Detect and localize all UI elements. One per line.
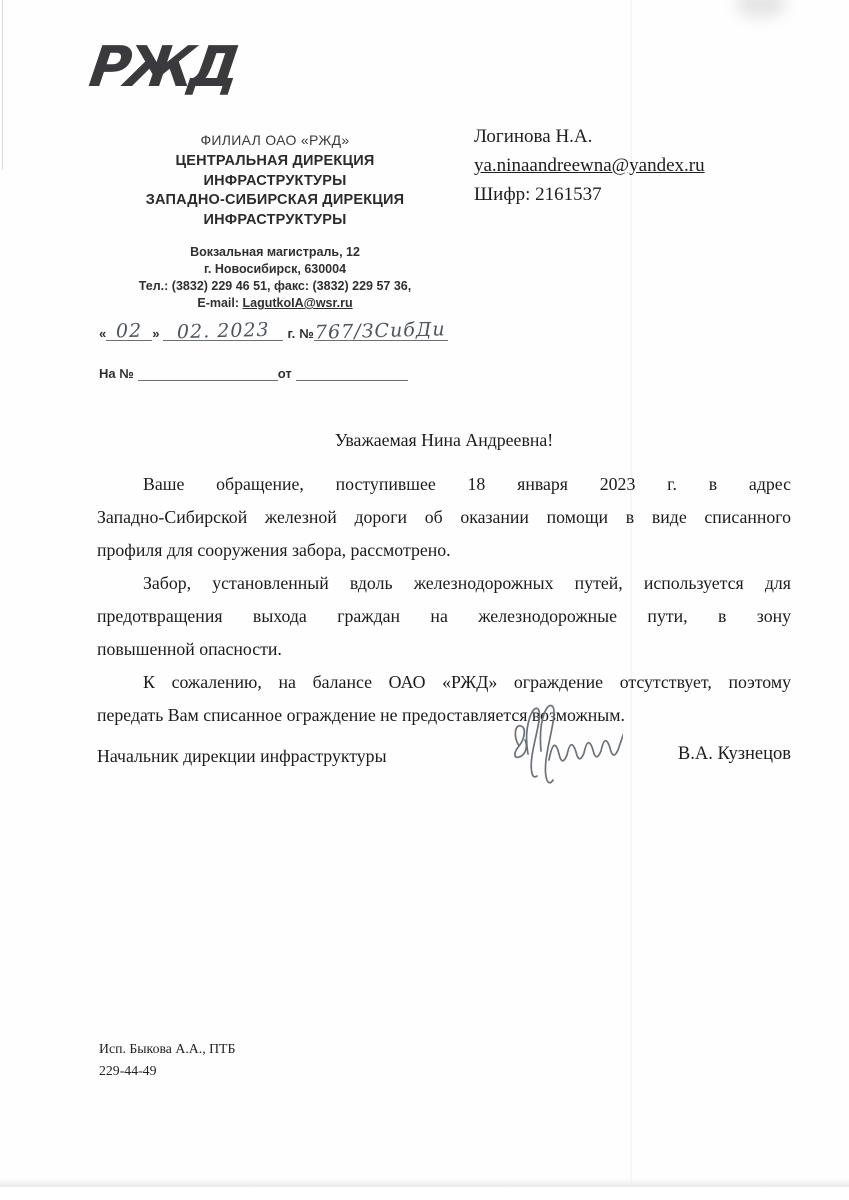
body-line: Западно-Сибирской железной дороги об ока… — [97, 501, 791, 534]
recipient-email: ya.ninaandreewna@yandex.ru — [474, 151, 705, 180]
paragraph: Ваше обращение, поступившее 18 января 20… — [97, 468, 791, 567]
letterhead-line: ИНФРАСТРУКТУРЫ — [95, 172, 455, 192]
executor-block: Исп. Быкова А.А., ПТБ 229-44-49 — [99, 1038, 235, 1081]
salutation: Уважаемая Нина Андреевна! — [97, 424, 791, 457]
paragraph: Забор, установленный вдоль железнодорожн… — [97, 567, 791, 666]
body-line: повышенной опасности. — [97, 633, 791, 666]
reference-line: На №от — [99, 362, 408, 381]
email-label: E-mail: — [197, 296, 242, 310]
scan-smudge — [735, 0, 787, 18]
date-month-blank: 02. 2023 — [163, 322, 283, 341]
body-line: Ваше обращение, поступившее 18 января 20… — [97, 468, 791, 501]
body-line: передать Вам списанное ограждение не пре… — [97, 699, 791, 732]
sender-address-block: Вокзальная магистраль, 12 г. Новосибирск… — [95, 244, 455, 312]
sender-email: LagutkoIA@wsr.ru — [243, 296, 353, 310]
executor-name: Исп. Быкова А.А., ПТБ — [99, 1038, 235, 1060]
paragraph: К сожалению, на балансе ОАО «РЖД» огражд… — [97, 666, 791, 732]
handwritten-month-year: 02. 2023 — [177, 319, 270, 343]
signer-position: Начальник дирекции инфраструктуры — [97, 746, 387, 767]
address-email-line: E-mail: LagutkoIA@wsr.ru — [95, 295, 455, 312]
body-line: профиля для сооружения забора, рассмотре… — [97, 534, 791, 567]
handwritten-day: 02 — [116, 320, 143, 343]
registration-line: «02»02. 2023г.№767/ЗСибДи — [99, 322, 448, 341]
ref-date-blank — [296, 362, 408, 381]
scan-bottom-edge — [0, 1178, 849, 1187]
address-city: г. Новосибирск, 630004 — [95, 261, 455, 278]
letterhead-line: ИНФРАСТРУКТУРЫ — [95, 211, 455, 231]
date-day-blank: 02 — [106, 322, 152, 341]
ref-number-blank — [138, 362, 278, 381]
executor-phone: 229-44-49 — [99, 1060, 235, 1082]
letter-body: Уважаемая Нина Андреевна! Ваше обращение… — [97, 424, 791, 732]
year-label: г. — [287, 326, 295, 341]
signer-name: В.А. Кузнецов — [600, 744, 791, 765]
letter-page: РЖД ФИЛИАЛ ОАО «РЖД» ЦЕНТРАЛЬНАЯ ДИРЕКЦИ… — [0, 0, 849, 1200]
body-line: Забор, установленный вдоль железнодорожн… — [97, 567, 791, 600]
address-phone-fax: Тел.: (3832) 229 46 51, факс: (3832) 229… — [95, 278, 455, 295]
ref-from-label: от — [278, 366, 292, 381]
handwritten-reg-number: 767/ЗСибДи — [315, 318, 446, 343]
recipient-block: Логинова Н.А. ya.ninaandreewna@yandex.ru… — [474, 122, 705, 209]
scan-left-edge — [2, 0, 3, 170]
body-line: предотвращения выхода граждан на железно… — [97, 600, 791, 633]
ref-label: На № — [99, 366, 134, 381]
body-line: К сожалению, на балансе ОАО «РЖД» огражд… — [97, 666, 791, 699]
scan-bottom-margin — [0, 1187, 849, 1200]
recipient-name: Логинова Н.А. — [474, 122, 705, 151]
recipient-cipher: Шифр: 2161537 — [474, 180, 705, 209]
reg-number-blank: 767/ЗСибДи — [314, 322, 448, 341]
open-quote: « — [99, 326, 106, 341]
address-street: Вокзальная магистраль, 12 — [95, 244, 455, 261]
close-quote: » — [152, 326, 159, 341]
letterhead-line: ЗАПАДНО-СИБИРСКАЯ ДИРЕКЦИЯ — [95, 191, 455, 211]
rzd-logo: РЖД — [86, 40, 238, 96]
number-sign: № — [299, 326, 314, 341]
letterhead: ФИЛИАЛ ОАО «РЖД» ЦЕНТРАЛЬНАЯ ДИРЕКЦИЯ ИН… — [95, 132, 455, 230]
letterhead-line: ЦЕНТРАЛЬНАЯ ДИРЕКЦИЯ — [95, 152, 455, 172]
letterhead-filial-line: ФИЛИАЛ ОАО «РЖД» — [95, 132, 455, 148]
